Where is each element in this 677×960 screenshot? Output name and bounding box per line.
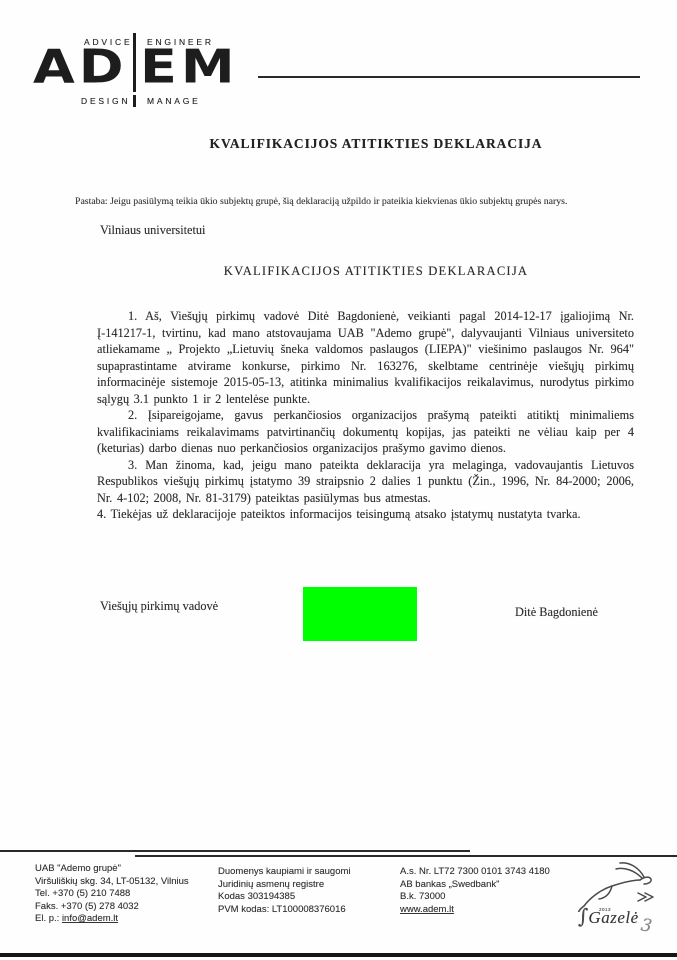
paragraph-1: 1. Aš, Viešųjų pirkimų vadovė Ditė Bagdo…	[97, 308, 634, 407]
gazele-award-logo: 2013 ∫Gazelė	[572, 860, 672, 945]
footer-company-block: UAB "Ademo grupė" Viršuliškių skg. 34, L…	[35, 863, 189, 926]
bottom-border-bar	[0, 953, 677, 957]
gazele-swirl-mark: ∫	[578, 904, 588, 928]
logo-letters-ad: AD	[33, 44, 128, 90]
signature-name: Ditė Bagdonienė	[515, 605, 598, 620]
email-link: info@adem.lt	[62, 913, 118, 924]
logo-letters-em: EM	[140, 44, 239, 90]
registry-line-1: Duomenys kaupiami ir saugomi	[218, 866, 351, 879]
footer-separator-line-right	[135, 855, 677, 857]
bank-code: B.k. 73000	[400, 891, 550, 904]
signature-role-label: Viešųjų pirkimų vadovė	[100, 599, 218, 614]
declaration-body: 1. Aš, Viešųjų pirkimų vadovė Ditė Bagdo…	[97, 308, 634, 523]
website-link: www.adem.lt	[400, 904, 454, 915]
company-address: Viršuliškių skg. 34, LT-05132, Vilnius	[35, 876, 189, 889]
footer-separator-line-left	[0, 850, 470, 852]
paragraph-2: 2. Įsipareigojame, gavus perkančiosios o…	[97, 407, 634, 457]
logo-word-design: DESIGN	[81, 96, 130, 106]
scanned-document-page: ADVICE ENGINEER AD EM DESIGN MANAGE KVAL…	[0, 0, 677, 960]
footer-bank-block: A.s. Nr. LT72 7300 0101 3743 4180 AB ban…	[400, 866, 550, 916]
bank-name: AB bankas „Swedbank"	[400, 879, 550, 892]
document-title: KVALIFIKACIJOS ATITIKTIES DEKLARACIJA	[75, 136, 677, 152]
note-text: Pastaba: Jeigu pasiūlymą teikia ūkio sub…	[75, 196, 635, 207]
gazele-wordmark: Gazelė	[588, 908, 638, 927]
registry-line-2: Juridinių asmenų registre	[218, 879, 351, 892]
logo-divider-bar-lower	[133, 95, 136, 107]
vat-code: PVM kodas: LT100008376016	[218, 904, 351, 917]
signature-redaction-stamp	[303, 587, 417, 641]
paragraph-4: 4. Tiekėjas už deklaracijoje pateiktos i…	[97, 506, 634, 523]
logo-divider-bar	[133, 33, 136, 92]
document-subtitle: KVALIFIKACIJOS ATITIKTIES DEKLARACIJA	[75, 264, 677, 279]
header-rule-line	[258, 76, 640, 78]
registry-code: Kodas 303194385	[218, 891, 351, 904]
company-fax: Faks. +370 (5) 278 4032	[35, 901, 189, 914]
bank-account: A.s. Nr. LT72 7300 0101 3743 4180	[400, 866, 550, 879]
company-name: UAB "Ademo grupė"	[35, 863, 189, 876]
logo-word-manage: MANAGE	[147, 96, 201, 106]
addressee-text: Vilniaus universitetui	[100, 223, 205, 238]
company-email-line: El. p.: info@adem.lt	[35, 913, 189, 926]
email-label: El. p.:	[35, 913, 62, 924]
footer-registry-block: Duomenys kaupiami ir saugomi Juridinių a…	[218, 866, 351, 916]
company-phone: Tel. +370 (5) 210 7488	[35, 888, 189, 901]
paragraph-3: 3. Man žinoma, kad, jeigu mano pateikta …	[97, 457, 634, 507]
